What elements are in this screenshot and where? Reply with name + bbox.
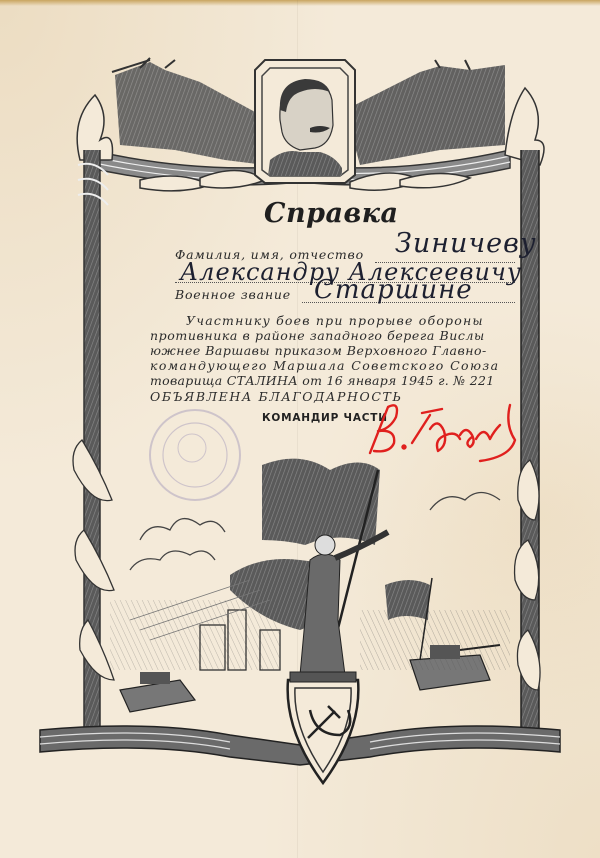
- body-line: товарища СТАЛИНА от 16 января 1945 г. № …: [150, 373, 494, 388]
- rank-value: Старшине: [314, 275, 473, 305]
- banner-icon: [345, 60, 505, 165]
- surname-value: Зиничеву: [395, 228, 537, 259]
- body-line: противника в районе западного берега Вис…: [150, 328, 485, 343]
- rank-field-label: Военное звание: [175, 287, 291, 302]
- body-line: южнее Варшавы приказом Верховного Главно…: [150, 343, 487, 358]
- round-stamp-icon: [150, 410, 240, 500]
- document-title: Справка: [264, 198, 399, 229]
- portrait-medallion-icon: [255, 60, 355, 183]
- banner-icon: [112, 58, 265, 165]
- body-line: Участнику боев при прорыве обороны: [186, 313, 484, 328]
- body-line: командующего Маршала Советского Союза: [150, 358, 499, 373]
- commander-signature: [360, 395, 530, 465]
- shield-emblem-icon: [288, 680, 359, 783]
